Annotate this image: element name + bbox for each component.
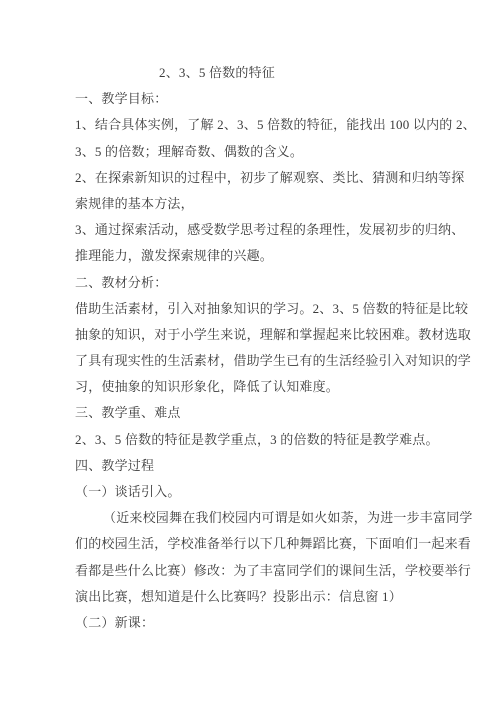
text-line: 1、结合具体实例，了解 2、3、5 倍数的特征，能找出 100 以内的 2、 xyxy=(75,112,500,138)
text-line: 推理能力，激发探索规律的兴趣。 xyxy=(75,243,500,269)
text-line: 2、3、5 倍数的特征是教学重点，3 的倍数的特征是教学难点。 xyxy=(75,427,500,453)
text-line: 索规律的基本方法， xyxy=(75,191,500,217)
text-line: 3、5 的倍数；理解奇数、偶数的含义。 xyxy=(75,139,500,165)
text-line: 3、通过探索活动，感受数学思考过程的条理性，发展初步的归纳、 xyxy=(75,217,500,243)
text-line: 演出比赛，想知道是什么比赛吗？投影出示：信息窗 1） xyxy=(75,584,500,610)
text-line: 抽象的知识，对于小学生来说，理解和掌握起来比较困难。教材选取 xyxy=(75,322,500,348)
text-line: 二、教材分析： xyxy=(75,270,500,296)
text-line: 2、在探索新知识的过程中，初步了解观察、类比、猜测和归纳等探 xyxy=(75,165,500,191)
text-line: 一、教学目标： xyxy=(75,86,500,112)
text-line: 了具有现实性的生活素材，借助学生已有的生活经验引入对知识的学 xyxy=(75,348,500,374)
document-title: 2、3、5 倍数的特征 xyxy=(75,60,359,86)
text-line: （二）新课： xyxy=(75,610,500,636)
text-line: （一）谈话引入。 xyxy=(75,479,500,505)
document-page: 2、3、5 倍数的特征 一、教学目标：1、结合具体实例，了解 2、3、5 倍数的… xyxy=(0,0,500,707)
text-line: （近来校园舞在我们校园内可谓是如火如荼，为进一步丰富同学 xyxy=(75,505,500,531)
text-line: 四、教学过程 xyxy=(75,453,500,479)
text-line: 习，使抽象的知识形象化，降低了认知难度。 xyxy=(75,374,500,400)
text-line: 看都是些什么比赛）修改：为了丰富同学们的课间生活，学校要举行 xyxy=(75,558,500,584)
text-line: 三、教学重、难点 xyxy=(75,400,500,426)
text-line: 借助生活素材，引入对抽象知识的学习。2、3、5 倍数的特征是比较 xyxy=(75,296,500,322)
text-line: 们的校园生活，学校准备举行以下几种舞蹈比赛，下面咱们一起来看 xyxy=(75,531,500,557)
document-body: 一、教学目标：1、结合具体实例，了解 2、3、5 倍数的特征，能找出 100 以… xyxy=(75,86,500,636)
